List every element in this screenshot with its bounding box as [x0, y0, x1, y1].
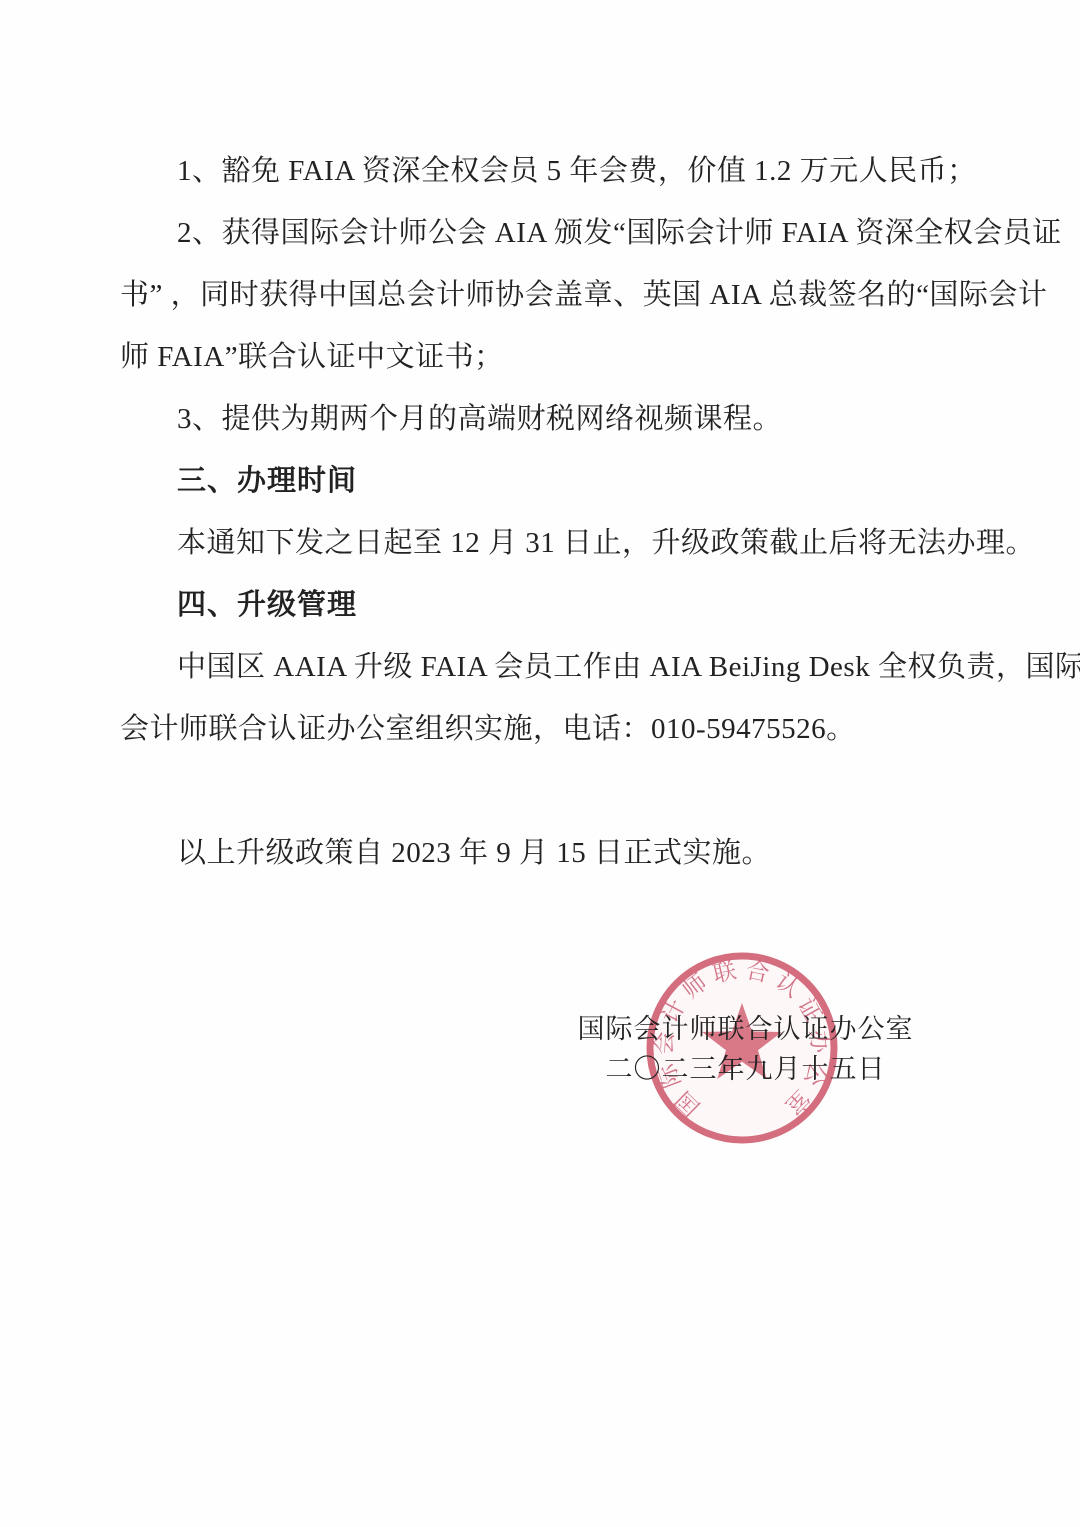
document-line: 以上升级政策自 2023 年 9 月 15 日正式实施。 [120, 822, 965, 884]
document-line: 会计师联合认证办公室组织实施，电话：010-59475526。 [120, 698, 965, 760]
signature-org: 国际会计师联合认证办公室 [558, 1009, 933, 1049]
signature-block: 国际会计师联合认证办公室 二〇二三年九月十五日 [558, 1009, 933, 1089]
signature-date: 二〇二三年九月十五日 [558, 1049, 933, 1089]
document-page: 1、豁免 FAIA 资深全权会员 5 年会费，价值 1.2 万元人民币；2、获得… [0, 0, 1080, 1527]
document-line: 师 FAIA”联合认证中文证书； [120, 326, 965, 388]
document-line: 2、获得国际会计师公会 AIA 颁发“国际会计师 FAIA 资深全权会员证 [120, 202, 965, 264]
document-line: 中国区 AAIA 升级 FAIA 会员工作由 AIA BeiJing Desk … [120, 636, 965, 698]
section-heading: 四、升级管理 [120, 574, 965, 636]
document-line [120, 760, 965, 822]
document-line: 本通知下发之日起至 12 月 31 日止，升级政策截止后将无法办理。 [120, 512, 965, 574]
document-line: 3、提供为期两个月的高端财税网络视频课程。 [120, 388, 965, 450]
document-line: 1、豁免 FAIA 资深全权会员 5 年会费，价值 1.2 万元人民币； [120, 140, 965, 202]
document-body: 1、豁免 FAIA 资深全权会员 5 年会费，价值 1.2 万元人民币；2、获得… [120, 140, 965, 884]
document-line: 书” ，同时获得中国总会计师协会盖章、英国 AIA 总裁签名的“国际会计 [120, 264, 965, 326]
section-heading: 三、办理时间 [120, 450, 965, 512]
